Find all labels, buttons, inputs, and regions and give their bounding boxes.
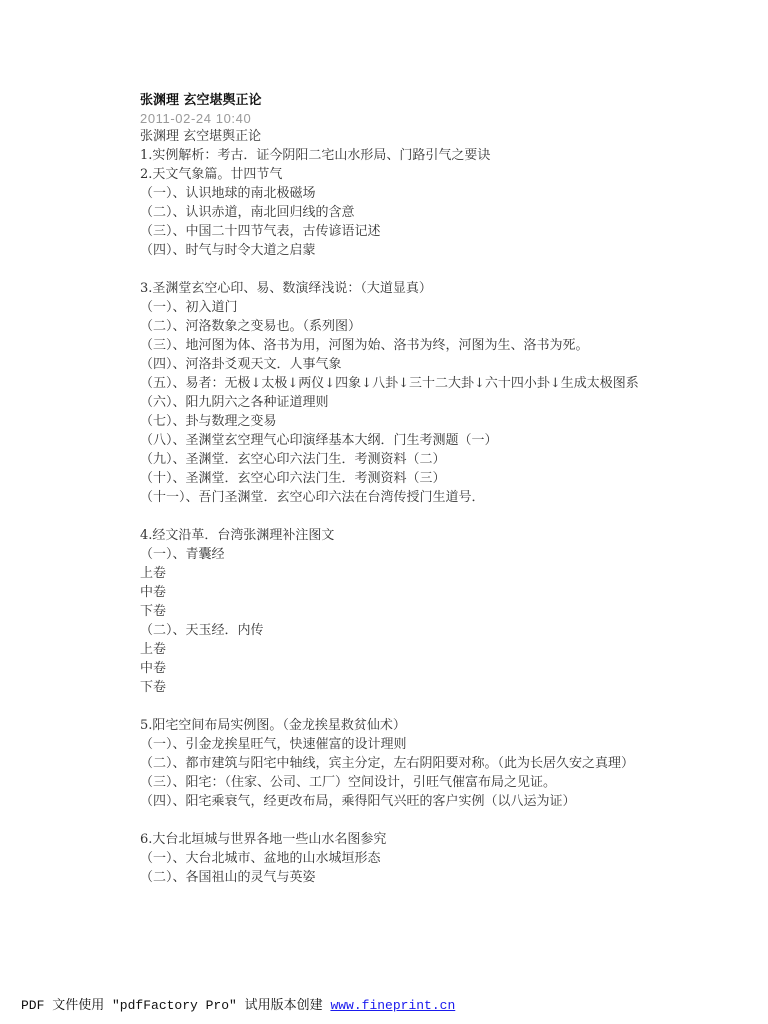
section-5-item: （三）、阳宅：（住家、公司、工厂）空间设计，引旺气催富布局之见证。 — [140, 773, 660, 792]
spacer — [140, 507, 660, 526]
section-5-heading: 5.阳宅空间布局实例图。（金龙挨星救贫仙术） — [140, 716, 660, 735]
section-4-heading: 4.经文沿革．台湾张渊理补注图文 — [140, 526, 660, 545]
section-3-item: （九）、圣渊堂．玄空心印六法门生．考测资料（二） — [140, 450, 660, 469]
section-4-item: 中卷 — [140, 659, 660, 678]
section-6-item: （一）、大台北城市、盆地的山水城垣形态 — [140, 849, 660, 868]
spacer — [140, 811, 660, 830]
section-2-item: （四）、时气与时令大道之启蒙 — [140, 241, 660, 260]
section-4-item: （二）、天玉经．内传 — [140, 621, 660, 640]
section-2-item: （一）、认识地球的南北极磁场 — [140, 184, 660, 203]
section-4-item: 下卷 — [140, 678, 660, 697]
section-4-item: （一）、青囊经 — [140, 545, 660, 564]
section-3-item: （十）、圣渊堂．玄空心印六法门生．考测资料（三） — [140, 469, 660, 488]
section-1-heading: 1.实例解析：考古．证今阴阳二宅山水形局、门路引气之要诀 — [140, 146, 660, 165]
fineprint-link[interactable]: www.fineprint.cn — [330, 998, 455, 1013]
section-3-item: （八）、圣渊堂玄空理气心印演绎基本大纲．门生考测题（一） — [140, 431, 660, 450]
section-5-item: （四）、阳宅乘衰气，经更改布局，乘得阳气兴旺的客户实例（以八运为证） — [140, 792, 660, 811]
section-3-item: （六）、阳九阴六之各种证道理则 — [140, 393, 660, 412]
post-date: 2011-02-24 10:40 — [140, 110, 660, 127]
section-4-item: 中卷 — [140, 583, 660, 602]
section-3-item: （三）、地河图为体、洛书为用，河图为始、洛书为终，河图为生、洛书为死。 — [140, 336, 660, 355]
section-3-item: （五）、易者：无极↓太极↓两仪↓四象↓八卦↓三十二大卦↓六十四小卦↓生成太极图系 — [140, 374, 660, 393]
section-4-item: 下卷 — [140, 602, 660, 621]
section-3-heading: 3.圣渊堂玄空心印、易、数演绎浅说：（大道显真） — [140, 279, 660, 298]
document-title: 张渊理 玄空堪舆正论 — [140, 91, 660, 110]
document-page: 张渊理 玄空堪舆正论 2011-02-24 10:40 张渊理 玄空堪舆正论 1… — [140, 91, 660, 887]
section-5-item: （二）、都市建筑与阳宅中轴线，宾主分定，左右阴阳要对称。（此为长居久安之真理） — [140, 754, 660, 773]
section-3-item: （四）、河洛卦爻观天文．人事气象 — [140, 355, 660, 374]
section-2-heading: 2.天文气象篇。廿四节气 — [140, 165, 660, 184]
document-subtitle: 张渊理 玄空堪舆正论 — [140, 127, 660, 146]
spacer — [140, 260, 660, 279]
section-3-item: （一）、初入道门 — [140, 298, 660, 317]
section-3-item: （十一）、吾门圣渊堂．玄空心印六法在台湾传授门生道号． — [140, 488, 660, 507]
section-4-item: 上卷 — [140, 640, 660, 659]
section-4-item: 上卷 — [140, 564, 660, 583]
section-5-item: （一）、引金龙挨星旺气，快速催富的设计理则 — [140, 735, 660, 754]
spacer — [140, 697, 660, 716]
section-3-item: （二）、河洛数象之变易也。（系列图） — [140, 317, 660, 336]
section-2-item: （二）、认识赤道，南北回归线的含意 — [140, 203, 660, 222]
section-6-heading: 6.大台北垣城与世界各地一些山水名图参究 — [140, 830, 660, 849]
footer-text: PDF 文件使用 "pdfFactory Pro" 试用版本创建 — [21, 998, 330, 1013]
section-2-item: （三）、中国二十四节气表，古传谚语记述 — [140, 222, 660, 241]
pdf-watermark-footer: PDF 文件使用 "pdfFactory Pro" 试用版本创建 www.fin… — [21, 994, 455, 1013]
section-3-item: （七）、卦与数理之变易 — [140, 412, 660, 431]
section-6-item: （二）、各国祖山的灵气与英姿 — [140, 868, 660, 887]
